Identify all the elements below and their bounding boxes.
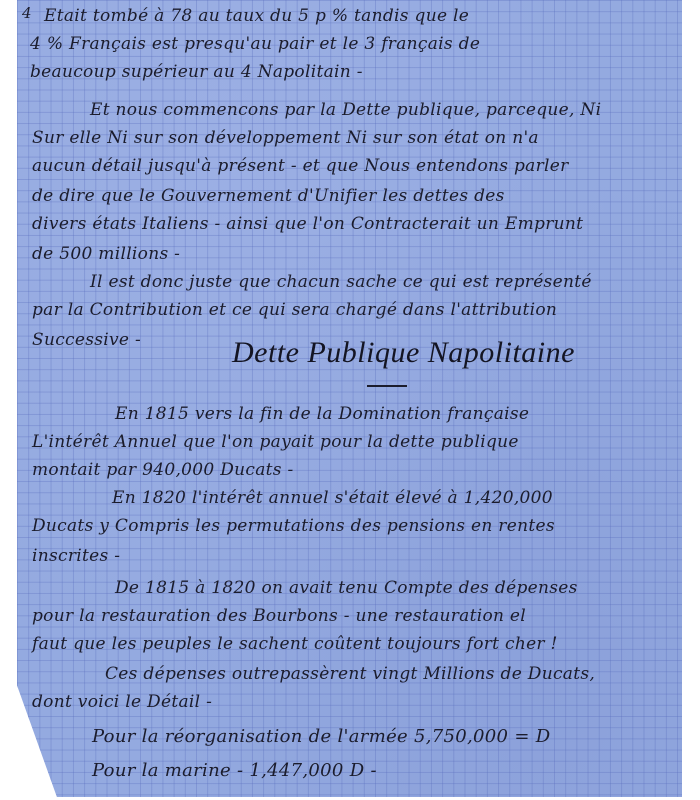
text-line: par la Contribution et ce qui sera charg… — [32, 300, 557, 320]
text-line: L'intérêt Annuel que l'on payait pour la… — [32, 432, 519, 452]
text-line: Et nous commencons par la Dette publique… — [90, 100, 601, 120]
text-line: Etait tombé à 78 au taux du 5 p % tandis… — [44, 6, 469, 26]
text-line: 4 % Français est presqu'au pair et le 3 … — [30, 34, 480, 54]
page-number: 4 — [22, 4, 32, 22]
text-line: de 500 millions - — [32, 244, 180, 264]
text-line: Sur elle Ni sur son développement Ni sur… — [32, 128, 539, 148]
text-line: divers états Italiens - ainsi que l'on C… — [32, 214, 583, 234]
text-line: Ducats y Compris les permutations des pe… — [32, 516, 555, 536]
text-line: En 1820 l'intérêt annuel s'était élevé à… — [112, 488, 553, 508]
text-line: beaucoup supérieur au 4 Napolitain - — [30, 62, 363, 82]
text-line: Pour la réorganisation de l'armée 5,750,… — [92, 726, 550, 747]
text-line: De 1815 à 1820 on avait tenu Compte des … — [115, 578, 578, 598]
section-title: Dette Publique Napolitaine — [232, 336, 575, 370]
text-line: faut que les peuples le sachent coûtent … — [32, 634, 558, 654]
text-line: Pour la marine - 1,447,000 D - — [92, 760, 377, 781]
title-underline — [367, 385, 407, 387]
text-line: dont voici le Détail - — [32, 692, 212, 712]
text-line: En 1815 vers la fin de la Domination fra… — [115, 404, 529, 424]
text-line: Successive - — [32, 330, 141, 350]
text-line: de dire que le Gouvernement d'Unifier le… — [32, 186, 505, 206]
text-line: Ces dépenses outrepassèrent vingt Millio… — [105, 664, 595, 684]
text-line: Il est donc juste que chacun sache ce qu… — [90, 272, 592, 292]
text-line: montait par 940,000 Ducats - — [32, 460, 294, 480]
text-line: inscrites - — [32, 546, 120, 566]
text-line: aucun détail jusqu'à présent - et que No… — [32, 156, 569, 176]
text-line: pour la restauration des Bourbons - une … — [32, 606, 526, 626]
